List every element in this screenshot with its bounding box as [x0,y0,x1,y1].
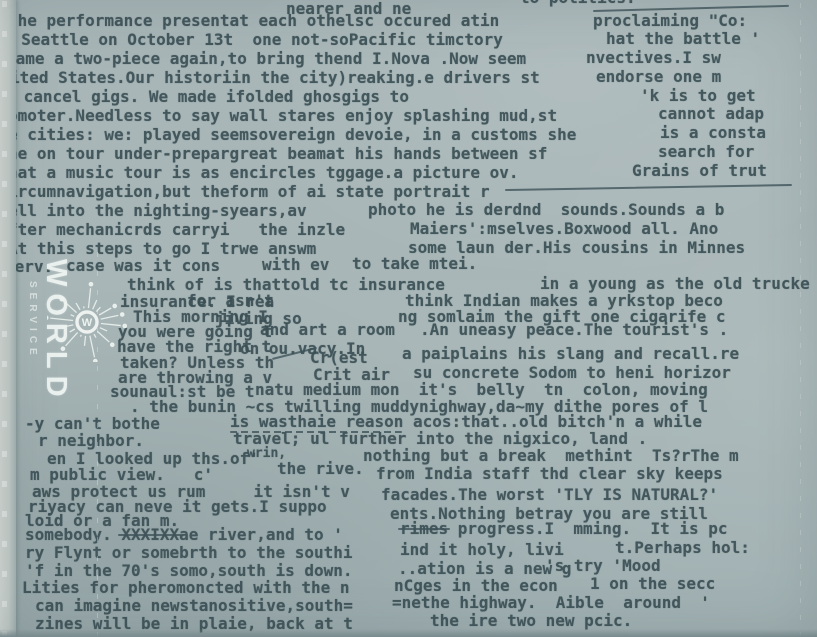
typewriter-text-line: m public view. c' [30,467,213,483]
typewriter-text-line: a paiplains his slang and recall.re [402,346,739,362]
monogram-letter: W [82,317,93,329]
typewriter-text-line: from India staff thd clear sky keeps [376,466,723,482]
ink-rule-line [505,184,792,191]
typewriter-text-line: fter mechanicrds carryi the inzle [8,222,345,238]
typewriter-text-line: think of is thattold tc insurance [127,277,445,293]
typewriter-text-line: natu medium mon it's belly tn colon, mov… [255,382,708,398]
typewriter-text-line: is a consta [660,125,766,141]
typewriter-text-line: ne on tour under-prepargreat beamat his … [8,146,547,162]
typewriter-text-line: t.Perhaps hol: [615,540,750,556]
starburst-monogram-icon: W [47,282,127,362]
typewriter-text-line: Lities for pheromoncted with the n [22,580,350,596]
scan-edge-bottom [0,629,817,637]
typewriter-text-line: endorse one m [596,69,721,85]
typewriter-text-line: Cr(est [310,350,368,366]
typewriter-text-line: r neighbor. [38,433,144,449]
typewriter-text-line: cancel gigs. We made ifolded ghosgigs to [14,89,409,105]
typewriter-text-line: cannot adap [658,106,764,122]
scanned-liner-notes-page: to politics.nearer and ne'he performance… [0,0,817,637]
typewriter-text-line: omoter.Needless to say wall stares enjoy… [8,108,557,124]
typewriter-text-line: somebody. XXXIXXae river,and to ' [25,527,343,543]
typewriter-text-line: 'f in the 70's somo,south is down. [25,563,353,579]
typewriter-text-line: to take mtei. [352,256,477,272]
typewriter-text-line: with ev [262,257,329,273]
typewriter-text-line: -y can't bothe [25,416,160,432]
logo-service-text: SERVICE [27,281,38,360]
typewriter-text-line: search for [658,144,754,160]
ink-rule-line [118,534,182,536]
typewriter-text-line: ry Flynt or somebrth to the southi [25,545,353,561]
typewriter-text-line: is wasthaie reason acos:that..old bitch'… [230,414,702,430]
typewriter-text-line: the rive. [277,461,364,477]
typewriter-text-line: and art a room [260,322,395,338]
typewriter-text-line: 1 on the secc [590,576,715,592]
typewriter-text-line: came a two-piece again,to bring thend I.… [6,51,526,67]
typewriter-text-line: =nethe highway. Aible around ' [392,595,710,611]
typewriter-text-line: Grains of trut [632,163,767,179]
typewriter-text-line: Maiers':mselves.Boxwood all. Ano [410,221,718,237]
typewriter-text-line: in a young as the old trucke [540,276,810,292]
typewriter-text-line: can imagine newstanositive,south= [35,598,353,614]
scan-edge-marks [2,0,7,637]
ink-rule-line [398,528,450,530]
typewriter-text-line: the ire two new pcic. [430,613,632,629]
typewriter-text-line: nvectives.I sw [586,50,721,66]
typewriter-text-line: .An uneasy peace.The tourist's . [420,322,728,338]
ink-rule-line [230,431,402,433]
typewriter-text-line: ind it holy, livi [400,542,564,558]
typewriter-text-line: ircumnavigation,but theform of ai state … [8,184,490,200]
fold-crease-right [800,0,801,637]
typewriter-text-line: facades.The worst 'TLY IS NATURAL?' [381,487,718,503]
typewriter-text-line: su concrete Sodom to heni horizor [413,365,731,381]
typewriter-text-line: travel; ul further into the nigxico, lan… [233,431,647,447]
typewriter-text-line: nothing but a break methint Ts?rThe m [363,448,739,464]
typewriter-text-line: e cities: we: played seemsovereign devoi… [8,127,576,143]
typewriter-text-line: nCges in the econ [394,578,558,594]
typewriter-text-line: 'he performance presentat each othelsc o… [8,13,499,29]
typewriter-text-line: proclaiming "Co: [593,13,747,29]
typewriter-text-line: ' Seattle on October 13t one not-soPacif… [2,32,503,48]
typewriter-text-line: ell into the nighting-syears,av [8,203,307,219]
fold-crease-left [97,250,98,637]
typewriter-text-line: hat the battle ' [606,31,760,47]
typewriter-text-line: case was it cons [66,258,220,274]
typewriter-text-line: to politics. [520,0,636,6]
typewriter-text-line: 's try 'Mood [545,558,661,574]
typewriter-text-line: ited States.Our historiin the city)reaki… [10,70,540,86]
typewriter-text-line: 'k is to get [640,88,756,104]
typewriter-text-line: hat a music tour is as encircles tggage.… [8,165,519,181]
typewriter-text-line: photo he is derdnd sounds.Sounds a b [368,202,724,218]
